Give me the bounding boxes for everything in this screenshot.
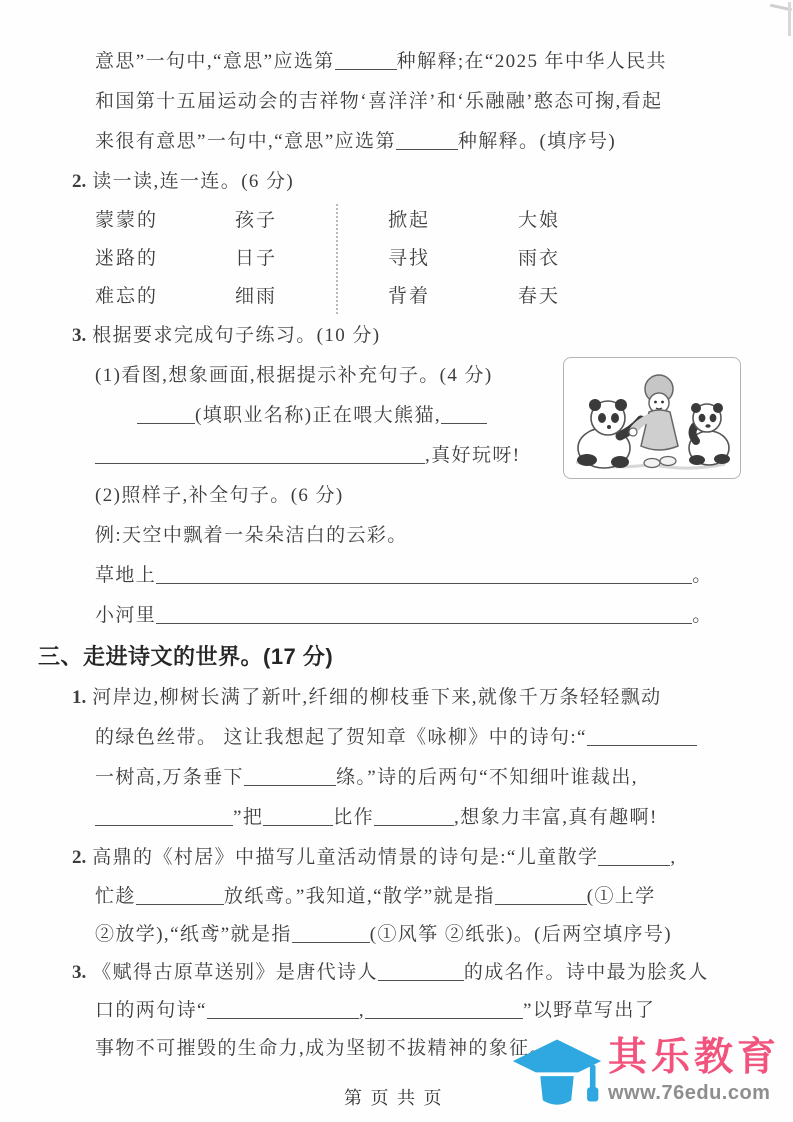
- blank-field: [137, 407, 195, 424]
- text-line: 小河里。: [0, 596, 793, 636]
- text-run: 放纸鸢。”我知道,“散学”就是指: [224, 886, 495, 907]
- text-line: 1.河岸边,柳树长满了新叶,纤细的柳枝垂下来,就像千万条轻轻飘动: [0, 678, 793, 718]
- match-word: 春天: [518, 278, 560, 316]
- match-word: 难忘的: [95, 278, 158, 316]
- question-number: 1.: [72, 687, 86, 708]
- text-run: ,: [670, 847, 676, 868]
- question-number: 3.: [72, 325, 86, 346]
- match-row: 迷路的日子寻找雨衣: [0, 240, 793, 278]
- text-run: 事物不可摧毁的生命力,成为坚韧不拔精神的象征。: [95, 1038, 550, 1059]
- blank-field: [292, 926, 370, 943]
- match-word: 迷路的: [95, 240, 158, 278]
- text-run: 的成名作。诗中最为脍炙人: [464, 962, 709, 983]
- section-heading: 三、走进诗文的世界。(17 分): [0, 636, 793, 678]
- text-run: 种解释。(填序号): [458, 131, 616, 152]
- text-line: ”把比作,想象力丰富,真有趣啊!: [0, 798, 793, 838]
- text-line: 口的两句诗“,”以野草写出了: [0, 992, 793, 1030]
- match-word: 大娘: [518, 202, 560, 240]
- blank-field: [207, 1002, 359, 1019]
- blank-field: [396, 133, 458, 150]
- text-run: 忙趁: [95, 886, 136, 907]
- blank-field: [335, 53, 397, 70]
- blank-field: [263, 809, 333, 826]
- scan-artifact-edge: [788, 2, 791, 36]
- question-number: 3.: [72, 962, 86, 983]
- text-run: (①上学: [587, 886, 656, 907]
- text-run: 比作: [333, 807, 374, 828]
- text-run: (填职业名称)正在喂大熊猫,: [195, 405, 441, 426]
- text-run: 高鼎的《村居》中描写儿童活动情景的诗句是:“儿童散学: [92, 847, 598, 868]
- text-run: 草地上: [95, 565, 156, 586]
- panda-feeding-illustration-drawing: [564, 358, 739, 477]
- text-run: 来很有意思”一句中,“意思”应选第: [95, 131, 396, 152]
- text-run: 根据要求完成句子练习。(10 分): [92, 325, 380, 346]
- text-run: 绦。”诗的后两句“不知细叶谁裁出,: [336, 767, 638, 788]
- text-run: 三、走进诗文的世界。(17 分): [38, 644, 333, 669]
- page-footer: 第 页 共 页: [344, 1084, 444, 1110]
- text-run: (1)看图,想象画面,根据提示补充句子。(4 分): [95, 365, 493, 386]
- brand-name: 其乐教育: [608, 1036, 780, 1080]
- text-run: 《赋得古原草送别》是唐代诗人: [92, 962, 378, 983]
- blank-field: [156, 607, 692, 624]
- text-run: 和国第十五届运动会的吉祥物‘喜洋洋’和‘乐融融’憨态可掬,看起: [95, 91, 662, 112]
- blank-field: [156, 567, 692, 584]
- text-run: (2)照样子,补全句子。(6 分): [95, 485, 344, 506]
- panda-feeding-illustration: [563, 357, 741, 479]
- text-line: 忙趁放纸鸢。”我知道,“散学”就是指(①上学: [0, 878, 793, 916]
- text-run: 意思”一句中,“意思”应选第: [95, 51, 335, 72]
- text-run: (①风筝 ②纸张)。(后两空填序号): [370, 924, 672, 945]
- text-run: ”把: [233, 807, 263, 828]
- graduation-cap-icon: [510, 1034, 604, 1122]
- question-number: 2.: [72, 847, 86, 868]
- blank-field: [598, 849, 670, 866]
- text-line: ②放学),“纸鸢”就是指(①风筝 ②纸张)。(后两空填序号): [0, 916, 793, 954]
- text-line: 意思”一句中,“意思”应选第种解释;在“2025 年中华人民共: [0, 42, 793, 82]
- blank-field: [244, 769, 336, 786]
- column-divider: [336, 204, 338, 314]
- brand-logo: 其乐教育 www.76edu.com: [510, 1034, 793, 1122]
- blank-field: [95, 447, 425, 464]
- match-word: 日子: [235, 240, 277, 278]
- match-row: 难忘的细雨背着春天: [0, 278, 793, 316]
- match-word: 掀起: [388, 202, 430, 240]
- text-line: 的绿色丝带。 这让我想起了贺知章《咏柳》中的诗句:“: [0, 718, 793, 758]
- text-line: 2.读一读,连一连。(6 分): [0, 162, 793, 202]
- question-number: 2.: [72, 171, 86, 192]
- blank-field: [365, 1002, 523, 1019]
- blank-field: [374, 809, 454, 826]
- blank-field: [441, 407, 487, 424]
- matching-exercise: 蒙蒙的孩子掀起大娘迷路的日子寻找雨衣难忘的细雨背着春天: [0, 202, 793, 316]
- text-line: 和国第十五届运动会的吉祥物‘喜洋洋’和‘乐融融’憨态可掬,看起: [0, 82, 793, 122]
- brand-text: 其乐教育 www.76edu.com: [608, 1036, 780, 1105]
- match-word: 雨衣: [518, 240, 560, 278]
- text-run: 。: [692, 565, 712, 586]
- text-run: 种解释;在“2025 年中华人民共: [397, 51, 667, 72]
- match-word: 细雨: [235, 278, 277, 316]
- text-line: 来很有意思”一句中,“意思”应选第种解释。(填序号): [0, 122, 793, 162]
- text-line: 3.根据要求完成句子练习。(10 分): [0, 316, 793, 356]
- text-run: ,真好玩呀!: [425, 445, 520, 466]
- match-word: 蒙蒙的: [95, 202, 158, 240]
- blank-field: [136, 888, 224, 905]
- text-run: 一树高,万条垂下: [95, 767, 244, 788]
- text-line: 2.高鼎的《村居》中描写儿童活动情景的诗句是:“儿童散学,: [0, 838, 793, 878]
- match-word: 孩子: [235, 202, 277, 240]
- text-run: 读一读,连一连。(6 分): [92, 171, 294, 192]
- text-line: (2)照样子,补全句子。(6 分): [0, 476, 793, 516]
- text-run: 河岸边,柳树长满了新叶,纤细的柳枝垂下来,就像千万条轻轻飘动: [92, 687, 661, 708]
- blank-field: [587, 729, 697, 746]
- text-run: 小河里: [95, 605, 156, 626]
- text-run: 例:天空中飘着一朵朵洁白的云彩。: [95, 525, 408, 546]
- text-run: 的绿色丝带。 这让我想起了贺知章《咏柳》中的诗句:“: [95, 727, 587, 748]
- exam-content: 意思”一句中,“意思”应选第种解释;在“2025 年中华人民共和国第十五届运动会…: [0, 0, 793, 1068]
- text-line: 一树高,万条垂下绦。”诗的后两句“不知细叶谁裁出,: [0, 758, 793, 798]
- text-run: ”以野草写出了: [523, 1000, 655, 1021]
- text-line: 3.《赋得古原草送别》是唐代诗人的成名作。诗中最为脍炙人: [0, 954, 793, 992]
- match-word: 背着: [388, 278, 430, 316]
- blank-field: [495, 888, 587, 905]
- text-run: 。: [692, 605, 712, 626]
- brand-url: www.76edu.com: [608, 1081, 780, 1105]
- text-line: 例:天空中飘着一朵朵洁白的云彩。: [0, 516, 793, 556]
- blank-field: [95, 809, 233, 826]
- match-row: 蒙蒙的孩子掀起大娘: [0, 202, 793, 240]
- text-run: ,想象力丰富,真有趣啊!: [454, 807, 658, 828]
- text-line: 草地上。: [0, 556, 793, 596]
- match-word: 寻找: [388, 240, 430, 278]
- exam-paper-page: 意思”一句中,“意思”应选第种解释;在“2025 年中华人民共和国第十五届运动会…: [0, 0, 793, 1122]
- text-run: ②放学),“纸鸢”就是指: [95, 924, 292, 945]
- blank-field: [378, 964, 464, 981]
- text-run: 口的两句诗“: [95, 1000, 207, 1021]
